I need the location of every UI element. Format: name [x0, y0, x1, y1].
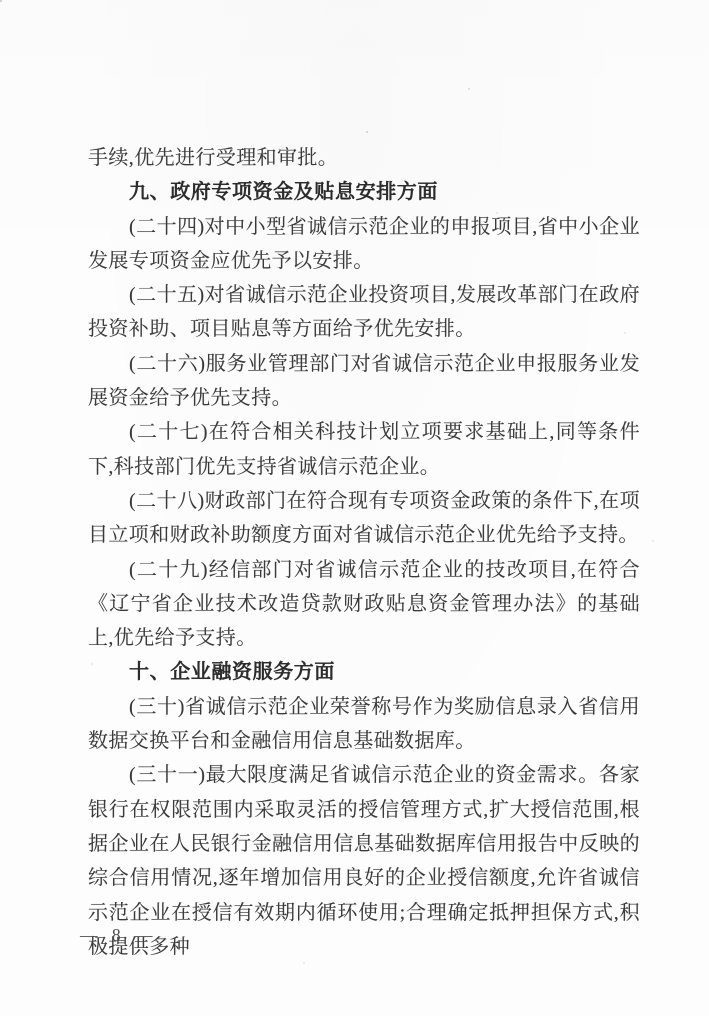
- section-heading-nine: 九、政府专项资金及贴息安排方面: [88, 175, 640, 209]
- clause-24: (二十四)对中小型省诚信示范企业的申报项目,省中小企业发展专项资金应优先予以安排…: [88, 210, 640, 279]
- clause-30: (三十)省诚信示范企业荣誉称号作为奖励信息录入省信用数据交换平台和金融信用信息基…: [88, 690, 640, 759]
- document-body: 手续,优先进行受理和审批。 九、政府专项资金及贴息安排方面 (二十四)对中小型省…: [88, 141, 640, 964]
- clause-28: (二十八)财政部门在符合现有专项资金政策的条件下,在项目立项和财政补助额度方面对…: [88, 484, 640, 553]
- paragraph-continuation: 手续,优先进行受理和审批。: [88, 141, 640, 175]
- clause-26: (二十六)服务业管理部门对省诚信示范企业申报服务业发展资金给予优先支持。: [88, 347, 640, 416]
- clause-29: (二十九)经信部门对省诚信示范企业的技改项目,在符合《辽宁省企业技术改造贷款财政…: [88, 553, 640, 656]
- section-heading-ten: 十、企业融资服务方面: [88, 655, 640, 689]
- clause-31: (三十一)最大限度满足省诚信示范企业的资金需求。各家银行在权限范围内采取灵活的授…: [88, 758, 640, 964]
- scanned-document-page: 手续,优先进行受理和审批。 九、政府专项资金及贴息安排方面 (二十四)对中小型省…: [0, 0, 709, 1016]
- page-number: — 8 —: [80, 925, 153, 946]
- clause-25: (二十五)对省诚信示范企业投资项目,发展改革部门在政府投资补助、项目贴息等方面给…: [88, 278, 640, 347]
- clause-27: (二十七)在符合相关科技计划立项要求基础上,同等条件下,科技部门优先支持省诚信示…: [88, 415, 640, 484]
